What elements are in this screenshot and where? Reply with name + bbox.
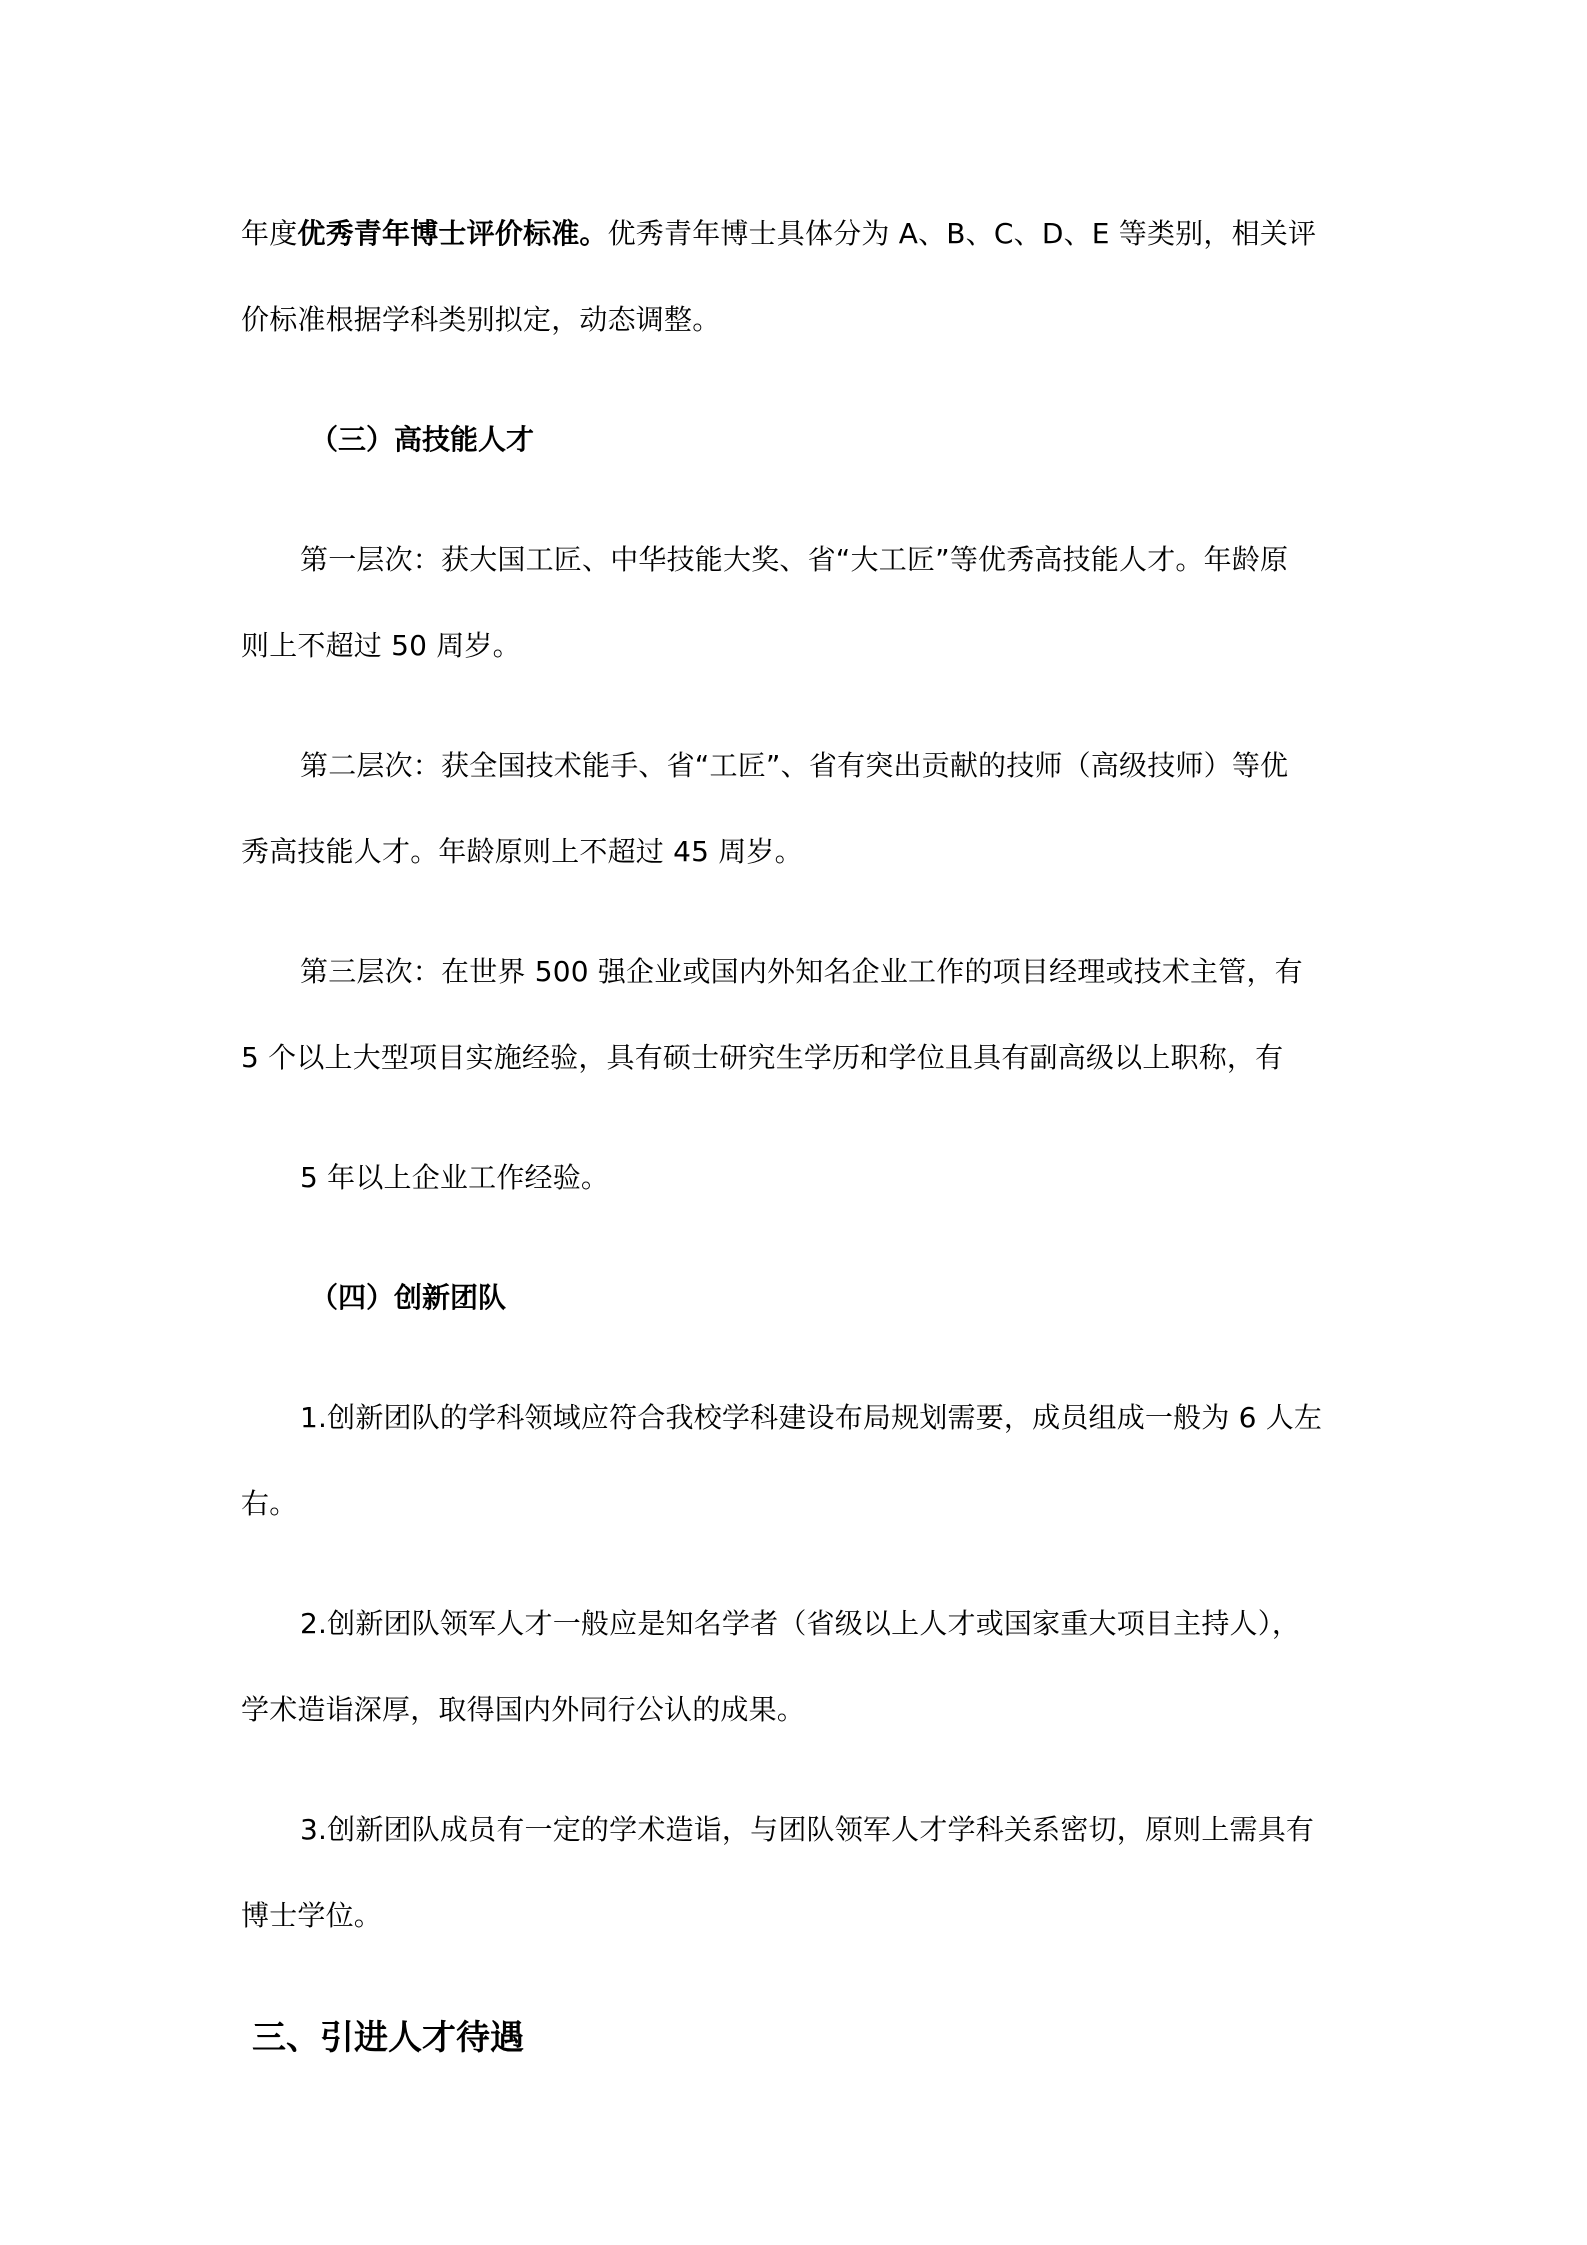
intro-prefix: 年度 [241,217,297,250]
level1-line-1: 第一层次：获大国工匠、中华技能大奖、省“大工匠”等优秀高技能人才。年龄原 [300,540,1288,580]
team-item3-line-2: 博士学位。 [241,1896,382,1936]
level3-line-3: 5 年以上企业工作经验。 [300,1158,609,1198]
team-item2-line-1: 2.创新团队领军人才一般应是知名学者（省级以上人才或国家重大项目主持人）， [300,1604,1300,1644]
intro-line-1: 年度优秀青年博士评价标准。优秀青年博士具体分为 A、B、C、D、E 等类别，相关… [241,214,1316,254]
team-item2-line-2: 学术造诣深厚，取得国内外同行公认的成果。 [241,1690,805,1730]
level2-line-2: 秀高技能人才。年龄原则上不超过 45 周岁。 [241,832,803,872]
level1-line-2: 则上不超过 50 周岁。 [241,626,521,666]
section-heading-high-skill: （三）高技能人才 [310,420,534,460]
section-heading-benefits: 三、引进人才待遇 [252,2016,524,2060]
level3-line-2: 5 个以上大型项目实施经验，具有硕士研究生学历和学位且具有副高级以上职称，有 [241,1038,1283,1078]
team-item3-line-1: 3.创新团队成员有一定的学术造诣，与团队领军人才学科关系密切，原则上需具有 [300,1810,1314,1850]
document-page: 年度优秀青年博士评价标准。优秀青年博士具体分为 A、B、C、D、E 等类别，相关… [0,0,1587,2245]
team-item1-line-2: 右。 [241,1484,297,1524]
section-heading-innovation-team: （四）创新团队 [310,1278,506,1318]
level2-line-1: 第二层次：获全国技术能手、省“工匠”、省有突出贡献的技师（高级技师）等优 [300,746,1288,786]
intro-line-2: 价标准根据学科类别拟定，动态调整。 [241,300,720,340]
intro-rest: 优秀青年博士具体分为 A、B、C、D、E 等类别，相关评 [608,217,1317,250]
team-item1-line-1: 1.创新团队的学科领域应符合我校学科建设布局规划需要，成员组成一般为 6 人左 [300,1398,1322,1438]
level3-line-1: 第三层次：在世界 500 强企业或国内外知名企业工作的项目经理或技术主管，有 [300,952,1303,992]
intro-bold-standard: 优秀青年博士评价标准。 [297,217,607,250]
